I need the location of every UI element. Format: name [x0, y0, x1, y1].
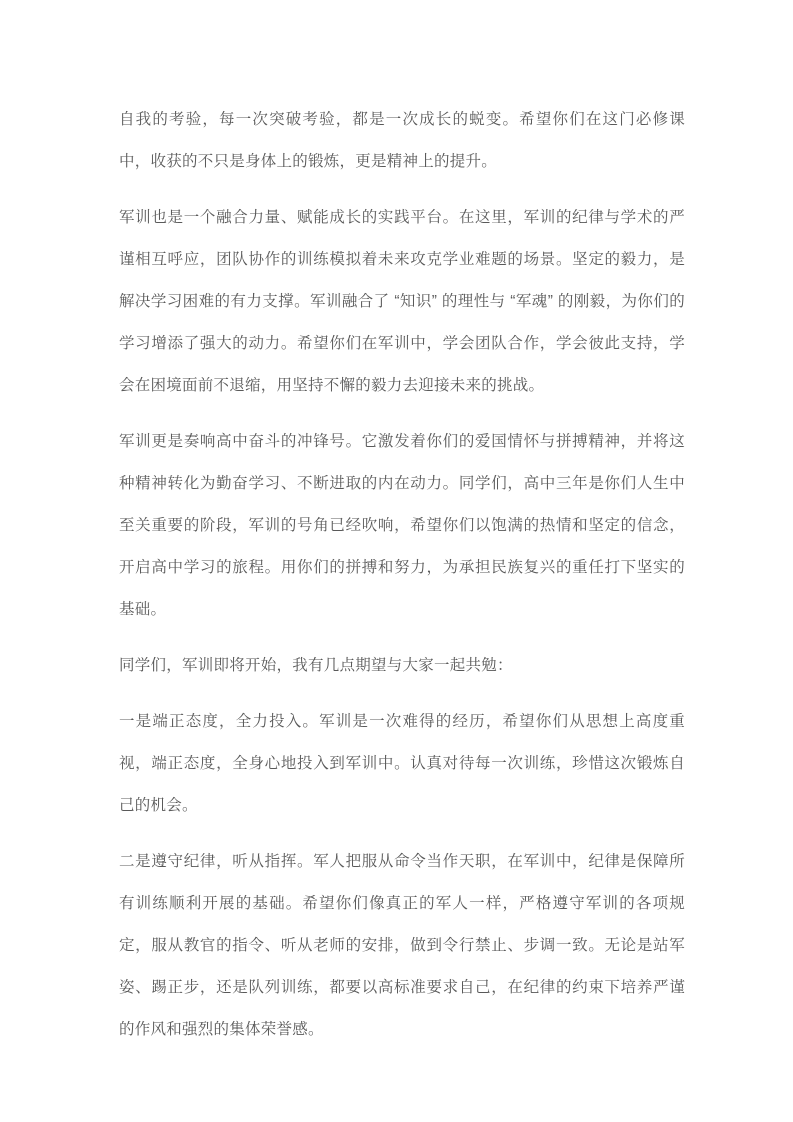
paragraph-expectations-intro: 同学们，军训即将开始，我有几点期望与大家一起共勉：: [119, 645, 685, 687]
paragraph-self-test: 自我的考验，每一次突破考验，都是一次成长的蜕变。希望你们在这门必修课中，收获的不…: [119, 99, 685, 183]
paragraph-expectation-2: 二是遵守纪律，听从指挥。军人把服从命令当作天职，在军训中，纪律是保障所有训练顺利…: [119, 841, 685, 1051]
document-page: 自我的考验，每一次突破考验，都是一次成长的蜕变。希望你们在这门必修课中，收获的不…: [0, 0, 793, 1122]
paragraph-platform: 军训也是一个融合力量、赋能成长的实践平台。在这里，军训的纪律与学术的严谨相互呼应…: [119, 197, 685, 407]
paragraph-charge-horn: 军训更是奏响高中奋斗的冲锋号。它激发着你们的爱国情怀与拼搏精神，并将这种精神转化…: [119, 421, 685, 631]
paragraph-expectation-1: 一是端正态度，全力投入。军训是一次难得的经历，希望你们从思想上高度重视，端正态度…: [119, 701, 685, 827]
